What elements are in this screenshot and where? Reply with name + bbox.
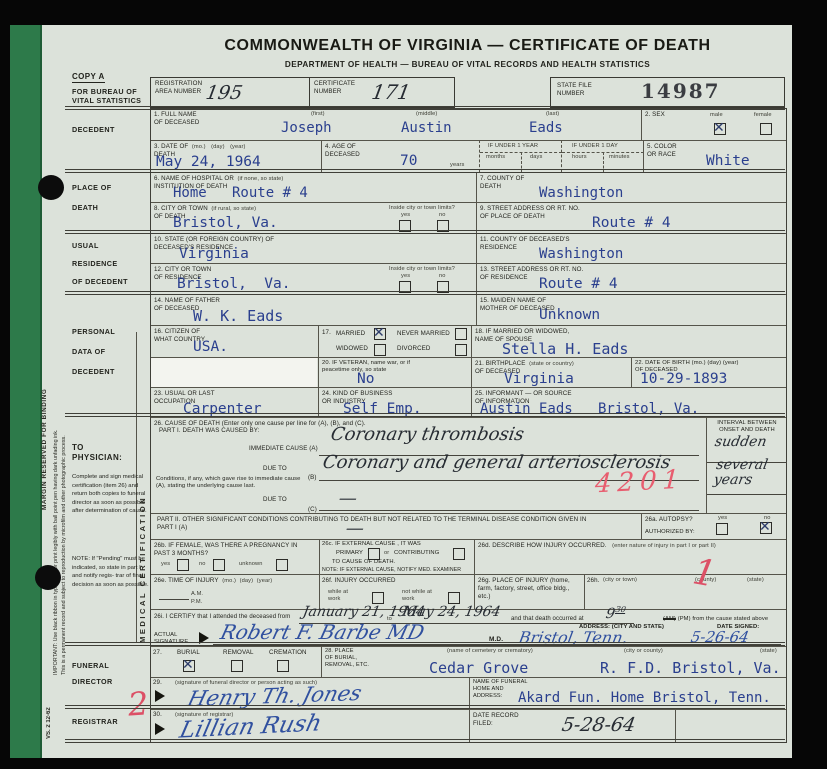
burial-city-hint: (city or county) [624,648,663,655]
field-street-residence: 13. STREET ADDRESS OR RT. NO.OF RESIDENC… [476,263,786,294]
date-filed-value: 5-28-64 [560,714,637,736]
rail-registrar: REGISTRAR [72,717,118,726]
field-time-of-injury: 26e. TIME OF INJURY (mo.) (day) (year) A… [151,574,319,609]
registrar-num: 30. [153,711,162,719]
ampm-label: (AM) (PM) from the cause stated above [663,616,768,623]
never-married-label: NEVER MARRIED [397,330,450,338]
am-line [159,599,189,600]
section-rule [65,169,785,173]
birthplace-value: Virginia [504,371,574,387]
registration-area-box: REGISTRATIONAREA NUMBER 195 [150,77,310,108]
female-label: female [754,112,772,119]
rail-to-physician-1: TO [72,443,84,452]
married-label: MARRIED [336,330,365,338]
field-place-of-burial: 28. PLACEOF BURIAL,REMOVAL, ETC. (name o… [321,646,786,677]
autopsy-yes-checkbox [716,523,728,535]
while-at-work-label: while at work [328,589,358,603]
interval-label: INTERVAL BETWEEN ONSET AND DEATH [711,420,783,434]
cause-line-c [319,510,699,511]
pregnancy-no-checkbox [213,559,225,571]
rail-funeral-2: DIRECTOR [72,677,113,686]
rail-place-of-death-1: PLACE OF [72,183,112,192]
county-of-death-value: Washington [539,185,623,201]
county-of-death-label: 7. COUNTY OFDEATH [480,175,524,191]
field-part2: PART II. OTHER SIGNIFICANT CONDITIONS CO… [151,513,641,539]
injury-state-label: (state) [747,577,764,584]
rail-to-physician-2: PHYSICIAN: [72,453,122,462]
margin-important-note-line1: IMPORTANT: Use black ribbon in typewrite… [53,275,59,675]
rail-pending-note: NOTE: If "Pending" must be indicated, so… [72,555,150,589]
pregnancy-yes-checkbox [177,559,189,571]
months-label: months [486,154,505,161]
injury-occurred-label: 26f. INJURY OCCURRED [322,577,396,585]
interval-rule-2 [707,494,787,495]
rail-residence-2: RESIDENCE [72,259,118,268]
field-sex: 2. SEX male female [641,109,786,140]
certificate-paper: MARGIN RESERVED FOR BINDING IMPORTANT: U… [10,25,792,758]
not-while-at-work-label: not while at work [402,589,440,603]
part1-label: PART I. DEATH WAS CAUSED BY: [159,427,259,435]
mother-name-value: Unknown [539,307,600,323]
field-county-of-death: 7. COUNTY OFDEATH Washington [476,172,786,202]
section-rule [65,739,785,743]
hospital-value: Home Route # 4 [173,185,308,201]
pregnancy-unknown-checkbox [276,559,288,571]
due-to-b-label: DUE TO [263,465,287,473]
section-rule [65,230,785,234]
hours-label: hours [572,154,587,161]
state-file-number-stamp: 14987 [641,79,721,103]
female-checkbox [760,123,772,135]
interval-b-value: several years [712,458,777,489]
last-hint: (last) [546,111,559,118]
first-name-value: Joseph [281,120,332,136]
part2-value: — [344,518,366,539]
certificate-number-box: CERTIFICATENUMBER 171 [310,77,455,108]
field-full-name: 1. FULL NAMEOF DECEASED (first) (middle)… [151,109,641,140]
street-of-death-value: Route # 4 [592,215,671,231]
city-of-death-value: Bristol, Va. [173,215,278,231]
first-hint: (first) [311,111,325,118]
page-subtitle: DEPARTMENT OF HEALTH — BUREAU OF VITAL R… [150,60,785,69]
street-of-death-label: 9. STREET ADDRESS OR RT. NO.OF PLACE OF … [480,205,580,221]
pregnancy-no-label: no [199,561,206,568]
rail-place-of-death-2: DEATH [72,203,98,212]
field-under-1-year: IF UNDER 1 YEAR months days [479,140,561,172]
field-injury-location: 26h. (city or town) (county) (state) [584,574,786,609]
burial-city-value: R. F.D. Bristol, Va. [600,659,781,677]
fd-arrow-icon [155,690,165,702]
red-stamp-4201: 4201 [594,465,686,500]
middle-name-value: Austin [401,120,452,136]
married-checkbox [374,328,386,340]
field-date-filed: DATE RECORDFILED: 5-28-64 [469,709,786,742]
field-under-1-day: IF UNDER 1 DAY hours minutes [561,140,643,172]
place-of-burial-label: 28. PLACEOF BURIAL,REMOVAL, ETC. [325,648,369,669]
whiteout-patch [151,358,317,387]
field-birthplace: 21. BIRTHPLACE (state or country)OF DECE… [471,357,631,387]
rail-physician-note: Complete and sign medical certification … [72,473,150,516]
rail-personal-2: DATA OF [72,347,105,356]
sex-label: 2. SEX [645,111,665,119]
injury-city-label: (city or town) [603,577,637,584]
certificate-number-value: 171 [370,80,412,104]
field-father-name: 14. NAME OF FATHEROF DECEASED W. K. Eads [151,294,476,325]
field-date-of-birth: 22. DATE OF BIRTH (mo.) (day) (year)OF D… [631,357,786,387]
field-age: 4. AGE OFDECEASED 70 years [321,140,479,172]
days-label: days [530,154,542,161]
page-title: COMMONWEALTH OF VIRGINIA — CERTIFICATE O… [150,37,785,55]
field-autopsy: 26a. AUTOPSY? yes no AUTHORIZED BY: [641,513,786,539]
notify-examiner-note: NOTE: IF EXTERNAL CAUSE, NOTIFY MED. EXA… [322,567,461,574]
field-veteran: 20. IF VETERAN, name war, or ifpeacetime… [318,357,471,387]
field-marital-status: 17. MARRIED NEVER MARRIED WIDOWED DIVORC… [318,325,471,357]
fd-num: 29. [153,679,162,687]
field-hospital: 6. NAME OF HOSPITAL OR (if none, so stat… [151,172,476,202]
registration-area-label: REGISTRATIONAREA NUMBER [155,80,202,96]
rail-funeral-1: FUNERAL [72,661,109,670]
date-filed-label: DATE RECORDFILED: [473,712,519,728]
field-street-of-death: 9. STREET ADDRESS OR RT. NO.OF PLACE OF … [476,202,786,233]
margin-important-note-line2: This is a permanent record and subject t… [61,275,67,675]
widowed-label: WIDOWED [336,345,368,353]
certify-to-value: May 24, 1964 [402,604,502,620]
occurred-label: and that death occurred at [511,616,584,624]
cemetery-value: Cedar Grove [429,659,528,677]
full-name-label: 1. FULL NAMEOF DECEASED [154,111,199,127]
section-rule [65,705,785,709]
limits-yes-label-2: yes [401,273,410,280]
immediate-cause-label: IMMEDIATE CAUSE (A) [249,445,318,453]
field-city-of-death: 8. CITY OR TOWN (if rural, so state)OF D… [151,202,476,233]
field-color-race: 5. COLOROR RACE White [643,140,786,172]
pregnancy-yes-label: yes [161,561,170,568]
registrar-red-mark: 2 [127,684,150,723]
pregnancy-unknown-label: unknown [239,561,262,568]
autopsy-label: 26a. AUTOPSY? [645,516,693,524]
contributing-checkbox [453,548,465,560]
field-date-of-death: 3. DATE OF (mo.) (day) (year)DEATH May 2… [151,140,321,172]
registration-area-value: 195 [204,82,244,104]
am-label: A.M. [191,591,203,598]
date-of-death-value: May 24, 1964 [156,154,261,170]
section-rule [65,291,785,295]
while-at-work-checkbox [372,592,384,604]
middle-hint: (middle) [416,111,437,118]
spouse-value: Stella H. Eads [502,340,628,358]
copy-for-line1: FOR BUREAU OF [72,87,137,96]
or-label: or [384,550,389,557]
burial-state-hint: (state) [760,648,777,655]
removal-checkbox [231,660,243,672]
burial-checkbox [183,660,195,672]
limits-no-label: no [439,212,446,219]
never-married-checkbox [455,328,467,340]
under-1-day-label: IF UNDER 1 DAY [572,143,618,150]
state-file-label: STATE FILENUMBER [557,82,592,98]
field-county-residence: 11. COUNTY OF DECEASED'SRESIDENCE Washin… [476,233,786,263]
form-grid: 1. FULL NAMEOF DECEASED (first) (middle)… [150,108,787,743]
under-1-year-label: IF UNDER 1 YEAR [488,143,538,150]
burial-label: BURIAL [177,649,200,657]
color-race-value: White [706,153,750,169]
minutes-label: minutes [609,154,630,161]
limits-no-label-2: no [439,273,446,280]
divorced-checkbox [455,344,467,356]
color-race-label: 5. COLOROR RACE [647,143,677,159]
punch-hole-bottom [35,565,61,590]
authorized-by-label: AUTHORIZED BY: [645,529,695,536]
how-injury-label: 26d. DESCRIBE HOW INJURY OCCURRED. (ente… [478,542,716,550]
copy-for-line2: VITAL STATISTICS [72,96,141,105]
cremation-checkbox [277,660,289,672]
medical-certification-rail: MEDICAL CERTIFICATION [138,423,147,643]
field-pregnancy: 26b. IF FEMALE, WAS THERE A PREGNANCY IN… [151,539,319,574]
section-rule [65,413,785,417]
due-to-c-label: DUE TO [263,496,287,504]
cause-c-value: — [337,488,359,509]
pregnancy-label: 26b. IF FEMALE, WAS THERE A PREGNANCY IN… [154,542,304,558]
copy-label: COPY A [72,72,105,83]
death-time-value: 930 [605,605,627,622]
interval-a-value: sudden [714,434,768,450]
limits-yes-label: yes [401,212,410,219]
b-label: (B) [308,474,317,482]
field-external-cause: 26c. IF EXTERNAL CAUSE , IT WAS PRIMARY … [319,539,474,574]
father-name-value: W. K. Eads [193,307,283,325]
field-interval: INTERVAL BETWEEN ONSET AND DEATH sudden … [706,417,786,513]
citizen-value: USA. [193,339,228,355]
field-19-whiteout [151,357,318,387]
part2-label: PART II. OTHER SIGNIFICANT CONDITIONS CO… [157,516,597,532]
punch-hole-top [38,175,64,200]
marital-num: 17. [322,329,331,337]
veteran-value: No [357,371,374,387]
registrar-arrow-icon [155,723,165,735]
injury-location-num: 26h. [587,577,599,585]
rail-personal-3: DECEDENT [72,367,115,376]
to-cause-label: TO CAUSE OF DEATH. [332,559,395,566]
rail-residence-1: USUAL [72,241,99,250]
pm-label: P.M. [191,599,202,606]
binding-strip [10,25,42,758]
rail-residence-3: OF DECEDENT [72,277,128,286]
male-checkbox [714,123,726,135]
state-residence-value: Virginia [179,246,249,262]
conditions-note: Conditions, if any, which gave rise to i… [156,476,306,490]
certificate-number-label: CERTIFICATENUMBER [314,80,355,96]
last-name-value: Eads [529,120,563,136]
city-residence-value: Bristol, Va. [177,276,291,292]
age-label: 4. AGE OFDECEASED [325,143,360,159]
field-mother-name: 15. MAIDEN NAME OFMOTHER OF DECEASED Unk… [476,294,786,325]
autopsy-yes-label: yes [718,515,727,522]
field-certification: 26i. I CERTIFY that I attended the decea… [151,609,786,646]
funeral-home-value: Akard Fun. Home Bristol, Tenn. [518,690,771,706]
street-residence-value: Route # 4 [539,276,618,292]
rail-decedent: DECEDENT [72,125,115,134]
margin-binding-note: MARGIN RESERVED FOR BINDING [41,280,48,510]
field-state-residence: 10. STATE (OR FOREIGN COUNTRY) OFDECEASE… [151,233,476,263]
widowed-checkbox [374,344,386,356]
cremation-label: CREMATION [269,649,307,657]
male-label: male [710,112,723,119]
field-citizen: 16. CITIZEN OFWHAT COUNTRY USA. [151,325,318,357]
field-registrar-signature: 30. (signature of registrar) Lillian Rus… [151,709,469,742]
scanned-death-certificate: MARGIN RESERVED FOR BINDING IMPORTANT: U… [0,0,827,769]
removal-label: REMOVAL [223,649,254,657]
county-residence-value: Washington [539,246,623,262]
not-while-at-work-checkbox [448,592,460,604]
field-cause-of-death: 26. CAUSE OF DEATH (Enter only one cause… [151,417,706,513]
physician-signature: Robert F. Barbe MD [218,620,427,644]
cause-a-value: Coronary thrombosis [329,424,525,445]
field-city-residence: 12. CITY OR TOWNOF RESIDENCE Bristol, Va… [151,263,476,294]
date-of-birth-value: 10-29-1893 [640,371,727,387]
section-rule [65,642,785,646]
form-code: VS. 2 12-62 [46,673,52,739]
section-rule [65,106,785,110]
disposition-num: 27. [153,649,162,657]
field-disposition: 27. BURIAL REMOVAL CREMATION [151,646,321,677]
field-how-injury: 26d. DESCRIBE HOW INJURY OCCURRED. (ente… [474,539,786,574]
place-of-injury-label: 26g. PLACE OF INJURY (home, farm, factor… [478,577,578,600]
autopsy-no-checkbox [760,522,772,534]
age-value: 70 [400,153,417,169]
rail-personal-1: PERSONAL [72,327,115,336]
primary-label: PRIMARY [336,550,363,557]
contributing-label: CONTRIBUTING [394,550,439,557]
time-of-injury-label: 26e. TIME OF INJURY (mo.) (day) (year) [154,577,272,585]
cemetery-hint: (name of cemetery or crematory) [447,648,533,655]
field-spouse: 18. IF MARRIED OR WIDOWED,NAME OF SPOUSE… [471,325,786,357]
state-file-box: STATE FILENUMBER 14987 [550,77,785,108]
divorced-label: DIVORCED [397,345,430,353]
